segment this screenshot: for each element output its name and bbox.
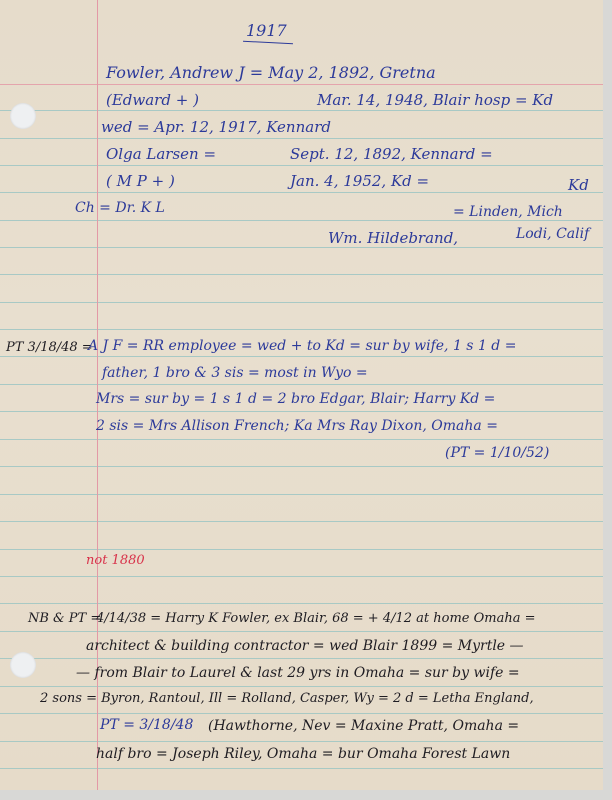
entry-line-6-left: Ch = Dr. K L: [75, 199, 165, 217]
obit2-line-2: architect & building contractor = wed Bl…: [86, 637, 524, 655]
obit1-line-3: Mrs = sur by = 1 s 1 d = 2 bro Edgar, Bl…: [96, 390, 495, 408]
rule-line: [0, 521, 603, 522]
top-red-rule: [0, 84, 603, 85]
rule-line: [0, 576, 603, 577]
obit1-margin-label: PT 3/18/48 =: [6, 339, 93, 357]
obit1-line-5: (PT = 1/10/52): [445, 444, 549, 462]
entry-line-5-right: Jan. 4, 1952, Kd =: [290, 172, 429, 190]
rule-line: [0, 274, 603, 275]
obit1-line-4: 2 sis = Mrs Allison French; Ka Mrs Ray D…: [96, 417, 498, 435]
rule-line: [0, 713, 603, 714]
entry-line-5-left: ( M P + ): [106, 172, 175, 190]
rule-line: [0, 192, 603, 193]
rule-line: [0, 768, 603, 769]
year-underline: [243, 41, 293, 45]
obit2-line-1: 4/14/38 = Harry K Fowler, ex Blair, 68 =…: [96, 610, 536, 628]
rule-line: [0, 138, 603, 139]
punch-hole-bottom: [10, 652, 36, 678]
obit1-line-1: A J F = RR employee = wed + to Kd = sur …: [88, 337, 516, 355]
obit1-line-2: father, 1 bro & 3 sis = most in Wyo =: [102, 364, 368, 382]
rule-line: [0, 110, 603, 111]
obit2-margin-label: NB & PT =: [28, 610, 101, 628]
entry-line-4-right: Sept. 12, 1892, Kennard =: [290, 145, 493, 163]
rule-line: [0, 302, 603, 303]
rule-line: [0, 384, 603, 385]
entry-line-7-left: Wm. Hildebrand,: [328, 229, 458, 247]
entry-line-7-right: Lodi, Calif: [516, 225, 589, 243]
obit2-line-4: 2 sons = Byron, Rantoul, Ill = Rolland, …: [40, 690, 534, 708]
rule-line: [0, 165, 603, 166]
rule-line: [0, 603, 603, 604]
entry-line-6-right: = Linden, Mich: [453, 203, 563, 221]
red-note: not 1880: [86, 552, 145, 570]
year-heading: 1917: [246, 22, 287, 40]
entry-line-2-right: Mar. 14, 1948, Blair hosp = Kd: [317, 91, 553, 109]
entry-line-2-left: (Edward + ): [106, 91, 199, 109]
rule-line: [0, 741, 603, 742]
rule-line: [0, 466, 603, 467]
obit2-line-3: — from Blair to Laurel & last 29 yrs in …: [76, 664, 520, 682]
rule-line: [0, 631, 603, 632]
rule-line: [0, 686, 603, 687]
rule-line: [0, 658, 603, 659]
punch-hole-top: [10, 103, 36, 129]
rule-line: [0, 247, 603, 248]
notebook-page: 1917 Fowler, Andrew J = May 2, 1892, Gre…: [0, 0, 603, 790]
entry-line-4-left: Olga Larsen =: [106, 145, 216, 163]
obit2-line-6: half bro = Joseph Riley, Omaha = bur Oma…: [96, 745, 510, 763]
rule-line: [0, 329, 603, 330]
entry-line-1: Fowler, Andrew J = May 2, 1892, Gretna: [106, 64, 436, 82]
entry-line-5-far-right: Kd: [568, 176, 589, 194]
entry-line-3: wed = Apr. 12, 1917, Kennard: [101, 118, 331, 136]
rule-line: [0, 494, 603, 495]
rule-line: [0, 439, 603, 440]
obit2-line-5-blue: PT = 3/18/48: [100, 716, 193, 734]
rule-line: [0, 411, 603, 412]
obit2-line-5-black: (Hawthorne, Nev = Maxine Pratt, Omaha =: [208, 717, 519, 735]
rule-line: [0, 549, 603, 550]
